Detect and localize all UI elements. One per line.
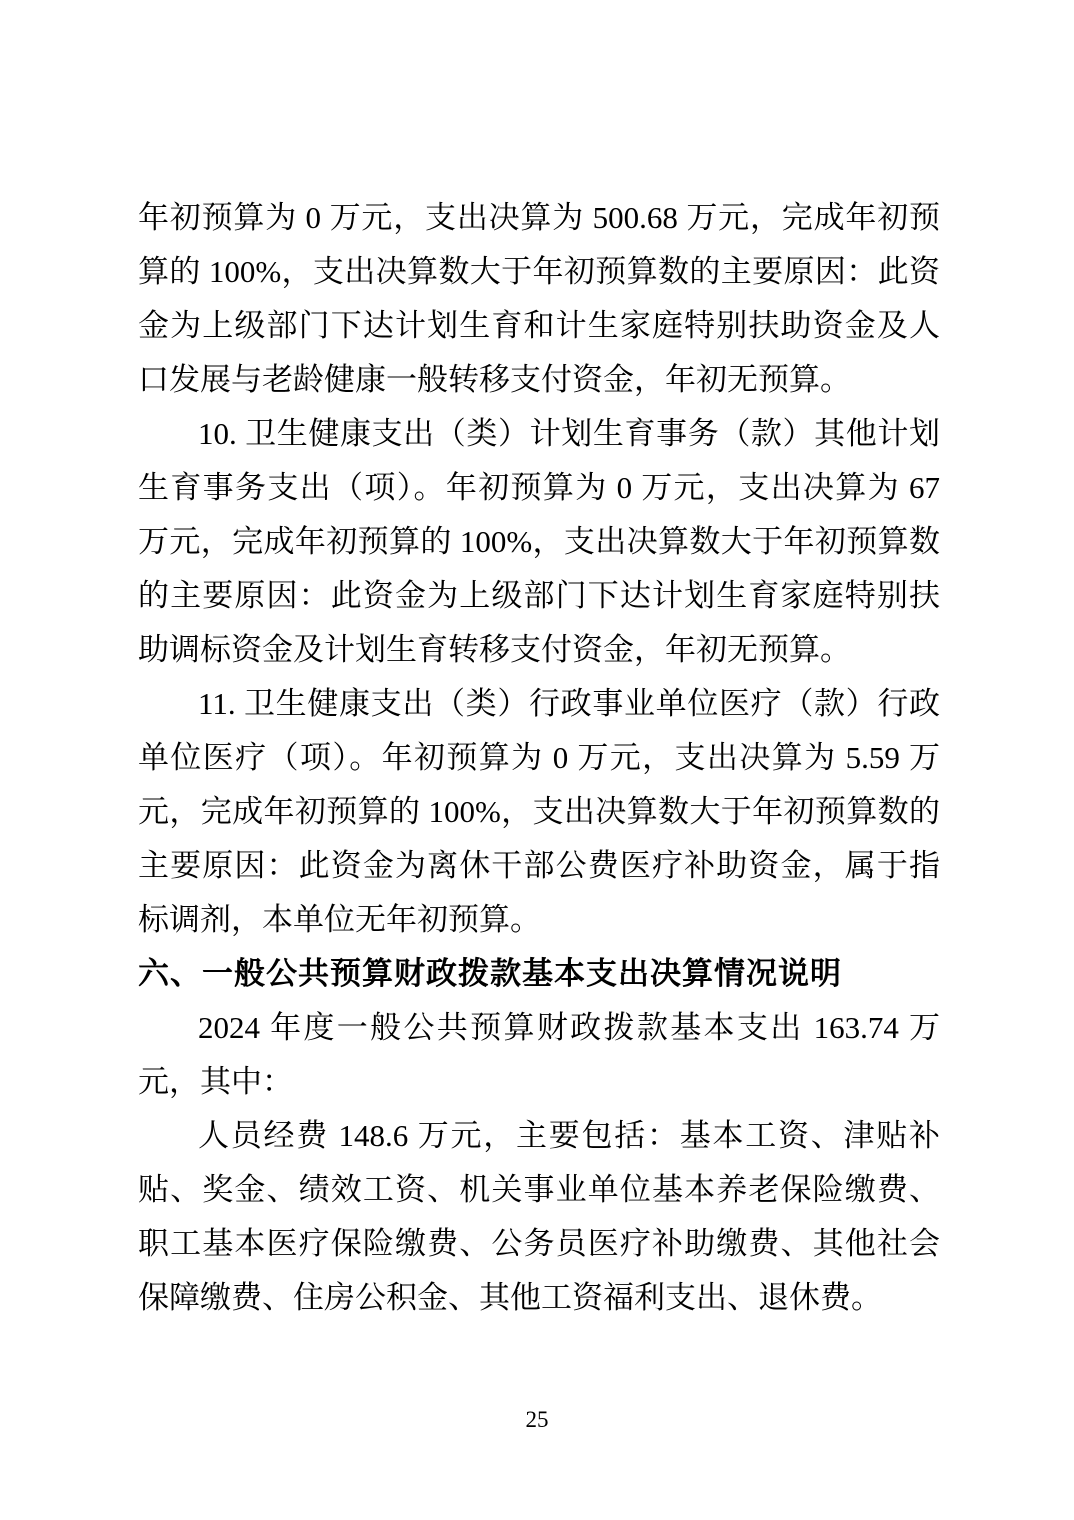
paragraph-item-10: 10. 卫生健康支出（类）计划生育事务（款）其他计划生育事务支出（项）。年初预算…	[138, 407, 940, 677]
paragraph-item-11: 11. 卫生健康支出（类）行政事业单位医疗（款）行政单位医疗（项）。年初预算为 …	[138, 677, 940, 947]
paragraph-total-basic-expenditure: 2024 年度一般公共预算财政拨款基本支出 163.74 万元，其中：	[138, 1001, 940, 1109]
page-number: 25	[0, 1405, 1074, 1435]
paragraph-personnel-funds: 人员经费 148.6 万元，主要包括：基本工资、津贴补贴、奖金、绩效工资、机关事…	[138, 1109, 940, 1325]
document-content: 年初预算为 0 万元，支出决算为 500.68 万元，完成年初预算的 100%，…	[138, 191, 940, 1325]
document-page: 年初预算为 0 万元，支出决算为 500.68 万元，完成年初预算的 100%，…	[0, 0, 1074, 1520]
paragraph-item9-continuation: 年初预算为 0 万元，支出决算为 500.68 万元，完成年初预算的 100%，…	[138, 191, 940, 407]
section-heading: 六、一般公共预算财政拨款基本支出决算情况说明	[138, 947, 940, 1001]
